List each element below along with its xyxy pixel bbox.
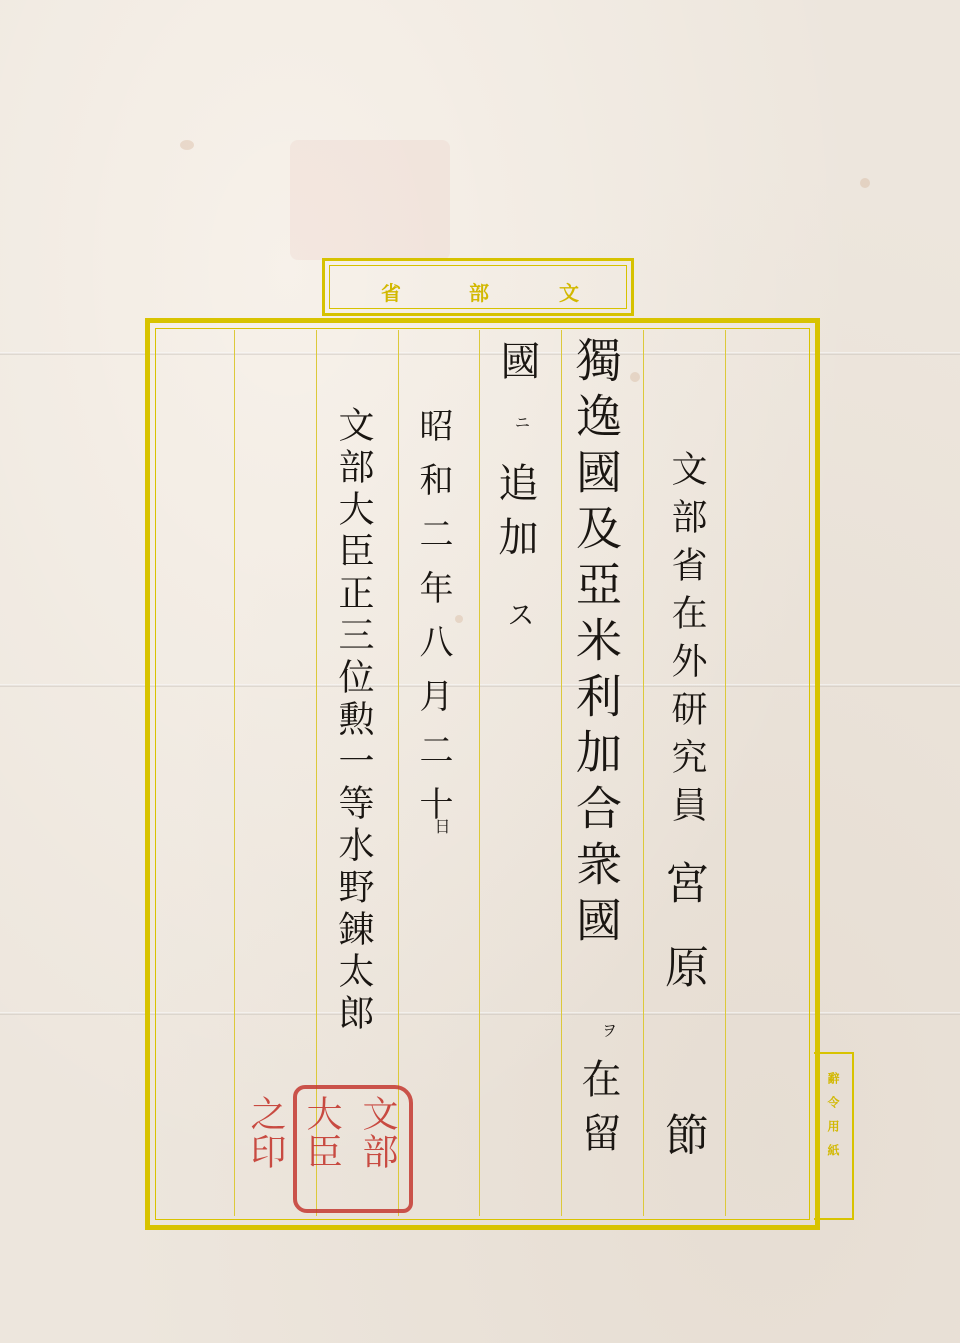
body-line-1: 獨逸國及亞米利加合衆國 (573, 336, 619, 952)
document-frame (145, 318, 820, 1230)
body-line-2: 追加 (495, 462, 535, 570)
column-rule (398, 330, 399, 1216)
column-rule (479, 330, 480, 1216)
column-rule (316, 330, 317, 1216)
issue-date-day: 日 (433, 818, 449, 834)
body-kana: ス (505, 600, 533, 628)
recipient-title: 文部省在外研究員 (668, 450, 704, 834)
body-line-2-head: 國 (497, 340, 537, 380)
body-line-1-tail: 在留 (578, 1058, 618, 1166)
letterhead-char: 文 (559, 277, 579, 306)
signatory: 文部大臣正三位勲一等水野錬太郎 (335, 406, 371, 1036)
column-rule (234, 330, 235, 1216)
stain (180, 140, 194, 150)
official-seal: 文部大臣之印 (293, 1085, 413, 1213)
column-rule (561, 330, 562, 1216)
stain (860, 178, 870, 188)
letterhead-box: 省 部 文 (322, 258, 634, 316)
issue-date: 昭和二年八月二十 (416, 408, 450, 840)
letterhead-char: 省 (381, 277, 401, 306)
body-kana: ヲ (600, 1022, 616, 1038)
side-label-box: 辭令用紙 (814, 1052, 854, 1220)
body-kana: ニ (513, 414, 529, 430)
side-label: 辭令用紙 (814, 1072, 852, 1168)
seal-text: 文部大臣之印 (297, 1089, 409, 1209)
column-rule (725, 330, 726, 1216)
column-rule (643, 330, 644, 1216)
faded-seal-imprint (290, 140, 450, 260)
recipient-name: 宮原 節 (660, 860, 704, 1196)
letterhead-char: 部 (469, 277, 489, 306)
